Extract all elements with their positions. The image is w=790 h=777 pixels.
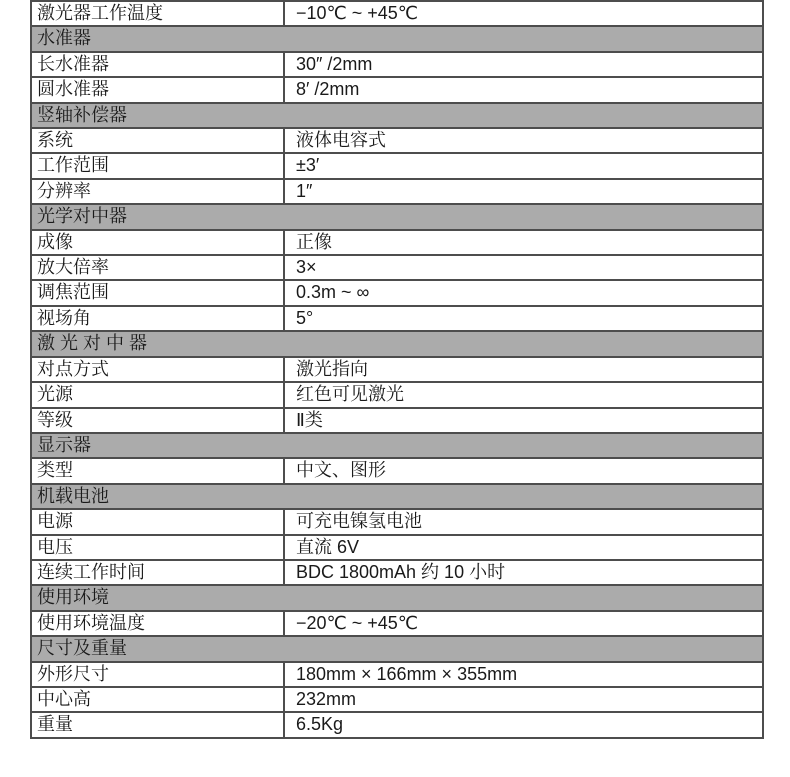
spec-label: 光源 (31, 382, 284, 407)
spec-label: 圆水准器 (31, 77, 284, 102)
section-header-label: 激 光 对 中 器 (31, 331, 763, 356)
spec-row: 系统 液体电容式 (31, 128, 763, 153)
section-header-label: 尺寸及重量 (31, 636, 763, 661)
spec-value: Ⅱ类 (284, 408, 763, 433)
section-header-label: 使用环境 (31, 585, 763, 610)
spec-row: 外形尺寸 180mm × 166mm × 355mm (31, 662, 763, 687)
section-header-label: 水准器 (31, 26, 763, 51)
spec-row: 光源 红色可见激光 (31, 382, 763, 407)
spec-label: 激光器工作温度 (31, 1, 284, 26)
spec-label: 成像 (31, 230, 284, 255)
section-header-label: 光学对中器 (31, 204, 763, 229)
section-row: 光学对中器 (31, 204, 763, 229)
spec-row: 激光器工作温度 −10℃ ~ +45℃ (31, 1, 763, 26)
spec-value: 8′ /2mm (284, 77, 763, 102)
spec-label: 使用环境温度 (31, 611, 284, 636)
spec-label: 放大倍率 (31, 255, 284, 280)
spec-value: 正像 (284, 230, 763, 255)
section-row: 尺寸及重量 (31, 636, 763, 661)
spec-table: 激光器工作温度 −10℃ ~ +45℃ 水准器 长水准器 30″ /2mm 圆水… (30, 0, 764, 739)
section-header-label: 机载电池 (31, 484, 763, 509)
spec-row: 电源 可充电镍氢电池 (31, 509, 763, 534)
spec-value: 0.3m ~ ∞ (284, 280, 763, 305)
spec-table-container: 激光器工作温度 −10℃ ~ +45℃ 水准器 长水准器 30″ /2mm 圆水… (30, 0, 764, 739)
spec-value: BDC 1800mAh 约 10 小时 (284, 560, 763, 585)
section-row: 激 光 对 中 器 (31, 331, 763, 356)
spec-value: 红色可见激光 (284, 382, 763, 407)
spec-row: 调焦范围 0.3m ~ ∞ (31, 280, 763, 305)
spec-value: −10℃ ~ +45℃ (284, 1, 763, 26)
spec-row: 视场角 5° (31, 306, 763, 331)
spec-row: 重量 6.5Kg (31, 712, 763, 737)
spec-value: ±3′ (284, 153, 763, 178)
section-row: 显示器 (31, 433, 763, 458)
spec-value: 直流 6V (284, 535, 763, 560)
spec-value: 激光指向 (284, 357, 763, 382)
spec-table-body: 激光器工作温度 −10℃ ~ +45℃ 水准器 长水准器 30″ /2mm 圆水… (31, 1, 763, 738)
spec-row: 连续工作时间 BDC 1800mAh 约 10 小时 (31, 560, 763, 585)
spec-value: 232mm (284, 687, 763, 712)
spec-row: 放大倍率 3× (31, 255, 763, 280)
spec-value: 6.5Kg (284, 712, 763, 737)
spec-row: 对点方式 激光指向 (31, 357, 763, 382)
spec-value: 液体电容式 (284, 128, 763, 153)
spec-row: 工作范围 ±3′ (31, 153, 763, 178)
spec-row: 分辨率 1″ (31, 179, 763, 204)
spec-label: 工作范围 (31, 153, 284, 178)
spec-row: 圆水准器 8′ /2mm (31, 77, 763, 102)
spec-label: 视场角 (31, 306, 284, 331)
spec-label: 等级 (31, 408, 284, 433)
spec-label: 分辨率 (31, 179, 284, 204)
section-row: 机载电池 (31, 484, 763, 509)
spec-label: 系统 (31, 128, 284, 153)
spec-row: 等级 Ⅱ类 (31, 408, 763, 433)
spec-label: 连续工作时间 (31, 560, 284, 585)
section-row: 竖轴补偿器 (31, 103, 763, 128)
spec-row: 长水准器 30″ /2mm (31, 52, 763, 77)
spec-value: 可充电镍氢电池 (284, 509, 763, 534)
spec-label: 长水准器 (31, 52, 284, 77)
section-row: 使用环境 (31, 585, 763, 610)
spec-row: 类型 中文、图形 (31, 458, 763, 483)
spec-label: 外形尺寸 (31, 662, 284, 687)
section-row: 水准器 (31, 26, 763, 51)
spec-value: 3× (284, 255, 763, 280)
spec-label: 对点方式 (31, 357, 284, 382)
spec-label: 中心高 (31, 687, 284, 712)
spec-label: 调焦范围 (31, 280, 284, 305)
section-header-label: 竖轴补偿器 (31, 103, 763, 128)
spec-value: −20℃ ~ +45℃ (284, 611, 763, 636)
spec-label: 类型 (31, 458, 284, 483)
spec-row: 电压 直流 6V (31, 535, 763, 560)
spec-value: 1″ (284, 179, 763, 204)
spec-value: 30″ /2mm (284, 52, 763, 77)
spec-value: 5° (284, 306, 763, 331)
spec-row: 成像 正像 (31, 230, 763, 255)
section-header-label: 显示器 (31, 433, 763, 458)
spec-label: 重量 (31, 712, 284, 737)
spec-row: 使用环境温度 −20℃ ~ +45℃ (31, 611, 763, 636)
spec-label: 电压 (31, 535, 284, 560)
spec-label: 电源 (31, 509, 284, 534)
spec-value: 中文、图形 (284, 458, 763, 483)
spec-row: 中心高 232mm (31, 687, 763, 712)
spec-value: 180mm × 166mm × 355mm (284, 662, 763, 687)
